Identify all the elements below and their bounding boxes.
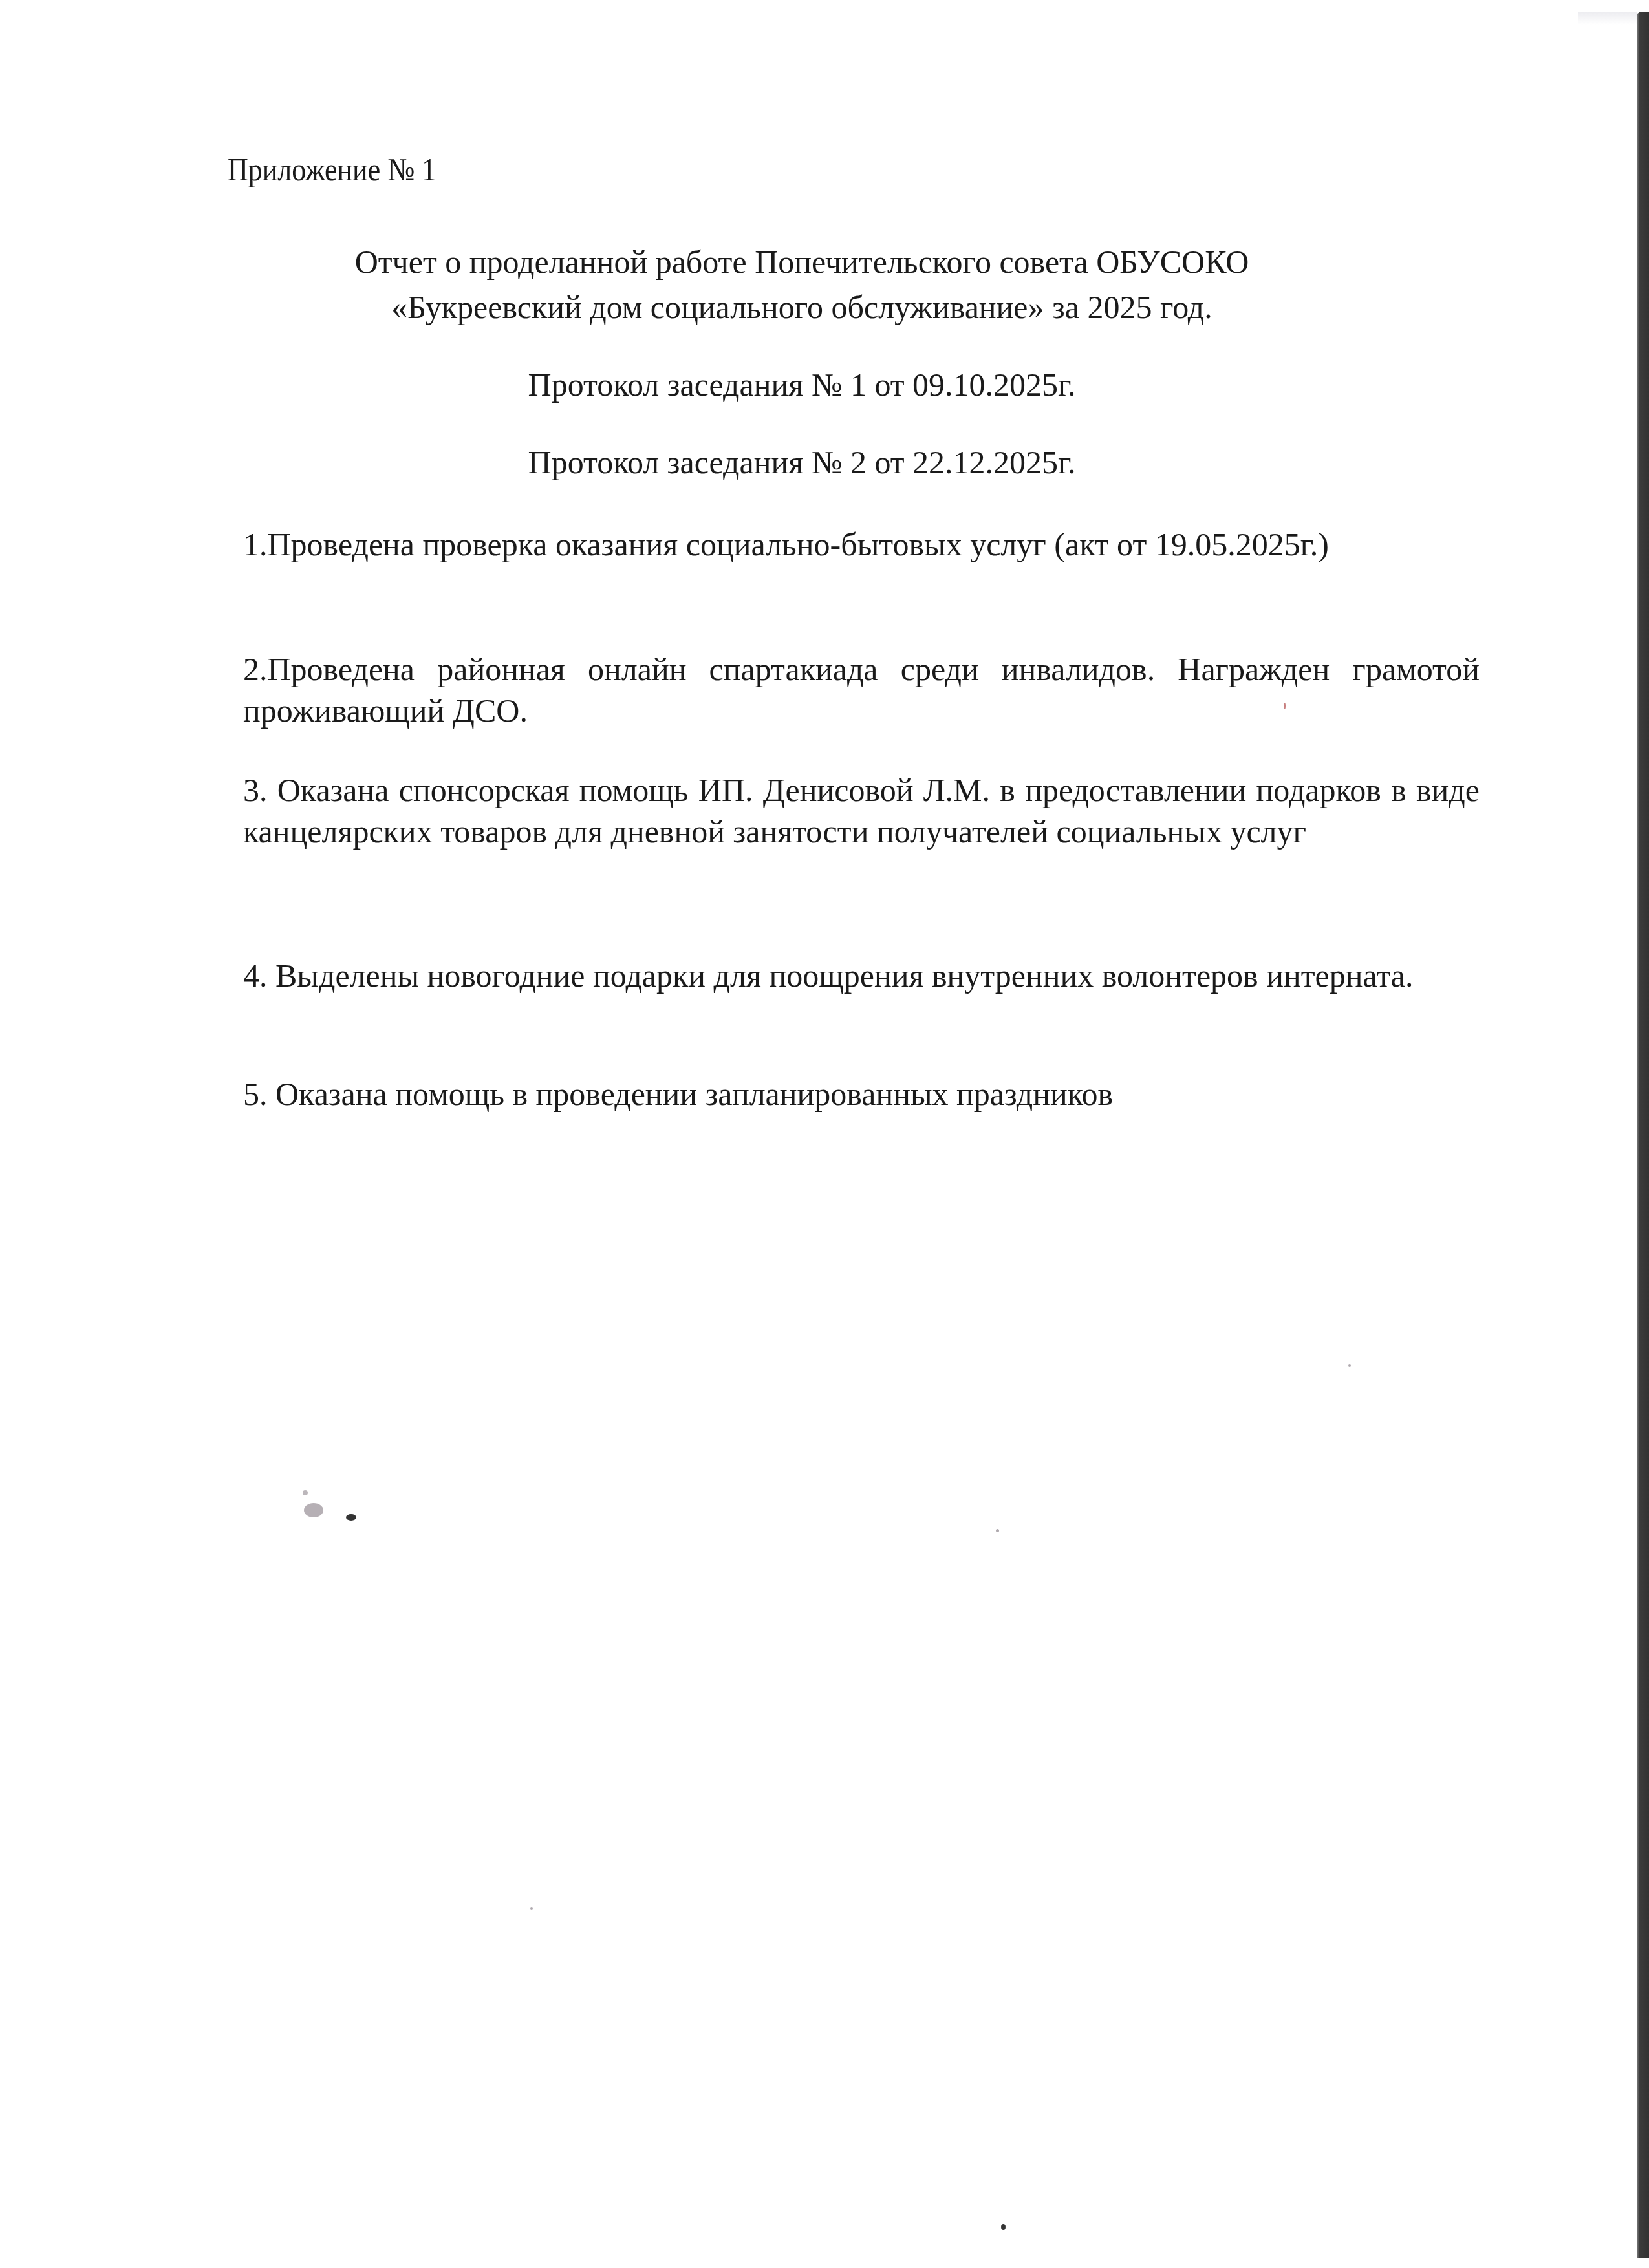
scan-speck	[1001, 2224, 1006, 2230]
scanned-page: Приложение № 1 Отчет о проделанной работ…	[0, 0, 1636, 2268]
report-title: Отчет о проделанной работе Попечительско…	[194, 239, 1410, 330]
scan-speck	[346, 1514, 356, 1521]
protocol-1: Протокол заседания № 1 от 09.10.2025г.	[194, 365, 1410, 404]
scan-speck	[530, 1907, 533, 1910]
report-item-4: 4. Выделены новогодние подарки для поощр…	[243, 955, 1480, 996]
report-item-1: 1.Проведена проверка оказания социально-…	[243, 524, 1480, 565]
report-title-line-2: «Букреевский дом социального обслуживани…	[194, 284, 1410, 330]
scan-speck	[303, 1490, 308, 1495]
report-title-line-1: Отчет о проделанной работе Попечительско…	[194, 239, 1410, 284]
scan-speck	[304, 1503, 323, 1517]
scan-top-strip	[1578, 12, 1637, 25]
report-item-2: 2.Проведена районная онлайн спартакиада …	[243, 648, 1480, 731]
report-item-5: 5. Оказана помощь в проведении запланиро…	[243, 1073, 1480, 1115]
scan-speck	[996, 1529, 999, 1532]
protocol-2: Протокол заседания № 2 от 22.12.2025г.	[194, 443, 1410, 482]
scan-speck	[1284, 703, 1286, 709]
scan-speck	[1348, 1364, 1351, 1367]
report-item-3: 3. Оказана спонсорская помощь ИП. Денисо…	[243, 769, 1480, 852]
scan-edge-border	[1637, 12, 1649, 2258]
appendix-label: Приложение № 1	[228, 150, 436, 189]
